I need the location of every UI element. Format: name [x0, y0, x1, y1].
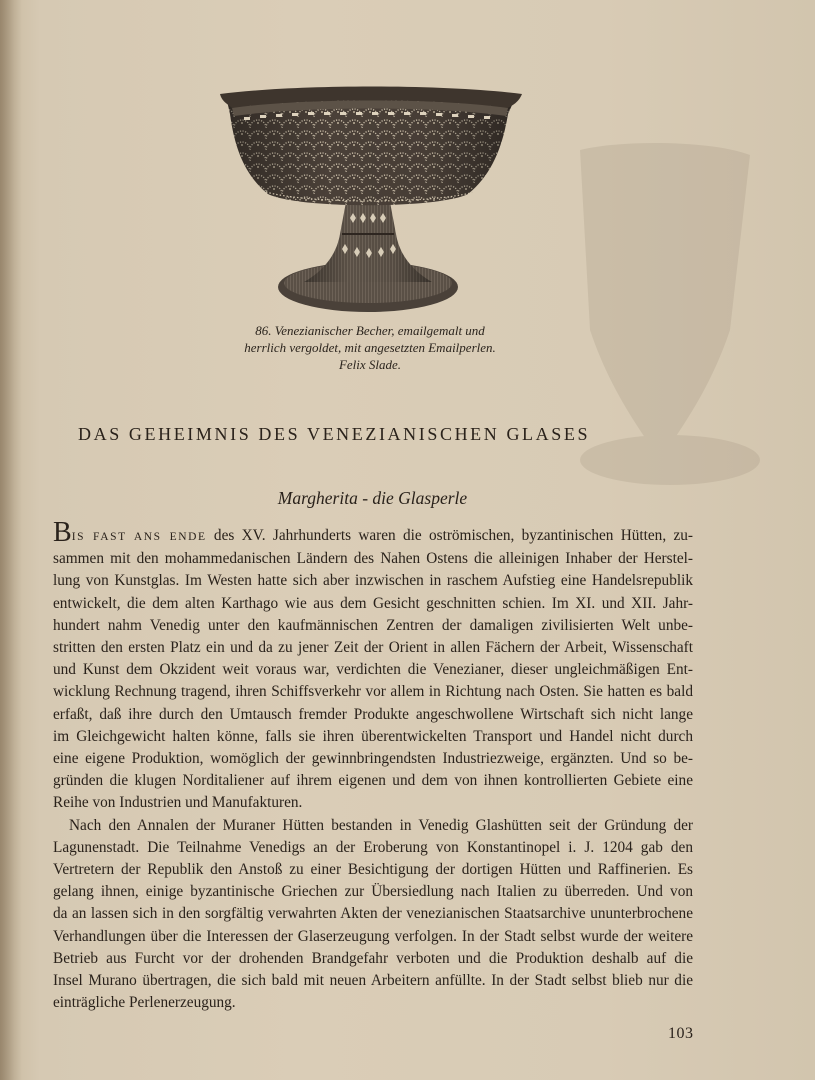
- small-caps-lead: IS FAST ANS ENDE: [72, 531, 207, 543]
- drop-cap: B: [53, 517, 72, 548]
- text-line: Lagunenstadt. Die Teilnahme Venedigs an …: [53, 837, 693, 859]
- paragraph-1: BIS FAST ANS ENDE des XV. Jahrhunderts w…: [53, 523, 693, 815]
- text-line: hundert nahm Venedig unter den kaufmänni…: [53, 615, 693, 637]
- text-line: entwickelt, die dem alten Karthago wie a…: [53, 593, 693, 615]
- text-line: eine eigene Produktion, womöglich der ge…: [53, 748, 693, 770]
- figure-caption: 86. Venezianischer Becher, emailgemalt u…: [200, 322, 540, 373]
- caption-line: 86. Venezianischer Becher, emailgemalt u…: [200, 322, 540, 339]
- section-title: Margherita - die Glasperle: [0, 488, 745, 509]
- spine-shadow: [0, 0, 22, 1080]
- page-number: 103: [668, 1025, 694, 1043]
- text-line: einträgliche Perlenerzeugung.: [53, 992, 693, 1014]
- text-line: lung von Kunstglas. Im Westen hatte sich…: [53, 570, 693, 592]
- text-line: wicklung Rechnung tragend, ihren Schiffs…: [53, 681, 693, 703]
- text-line: Vertretern der Republik den Anstoß zu ei…: [53, 859, 693, 881]
- goblet-illustration: [218, 84, 523, 316]
- text-line: Insel Murano übertragen, die sich bald m…: [53, 970, 693, 992]
- book-page: 86. Venezianischer Becher, emailgemalt u…: [0, 0, 815, 1080]
- text-line: Reihe von Industrien und Manufakturen.: [53, 792, 693, 814]
- text-line: gelang ihnen, einige byzantinische Griec…: [53, 881, 693, 903]
- chapter-title: DAS GEHEIMNIS DES VENEZIANISCHEN GLASES: [78, 424, 718, 445]
- text-line: Betrieb aus Furcht vor der drohenden Bra…: [53, 948, 693, 970]
- text-line: BIS FAST ANS ENDE des XV. Jahrhunderts w…: [53, 523, 693, 548]
- text-line: da an lassen sich in den sorgfältig verw…: [53, 903, 693, 925]
- text-line: Verhandlungen über die Interessen der Gl…: [53, 926, 693, 948]
- text-line: sammen mit den mohammedanischen Ländern …: [53, 548, 693, 570]
- text-line: gründen die klugen Norditaliener auf ihr…: [53, 770, 693, 792]
- caption-line: herrlich vergoldet, mit angesetzten Emai…: [200, 339, 540, 356]
- caption-line: Felix Slade.: [200, 356, 540, 373]
- text-line: und Kunst dem Okzident weit voraus war, …: [53, 659, 693, 681]
- body-text: BIS FAST ANS ENDE des XV. Jahrhunderts w…: [53, 523, 693, 1014]
- paragraph-2: Nach den Annalen der Muraner Hütten best…: [53, 815, 693, 1015]
- text-line: Nach den Annalen der Muraner Hütten best…: [53, 815, 693, 837]
- text-line: im Gleichgewicht halten könne, falls sie…: [53, 726, 693, 748]
- text-line: erfaßt, daß ihre durch den Umtausch frem…: [53, 704, 693, 726]
- text-line: stritten den ersten Platz ein und da zu …: [53, 637, 693, 659]
